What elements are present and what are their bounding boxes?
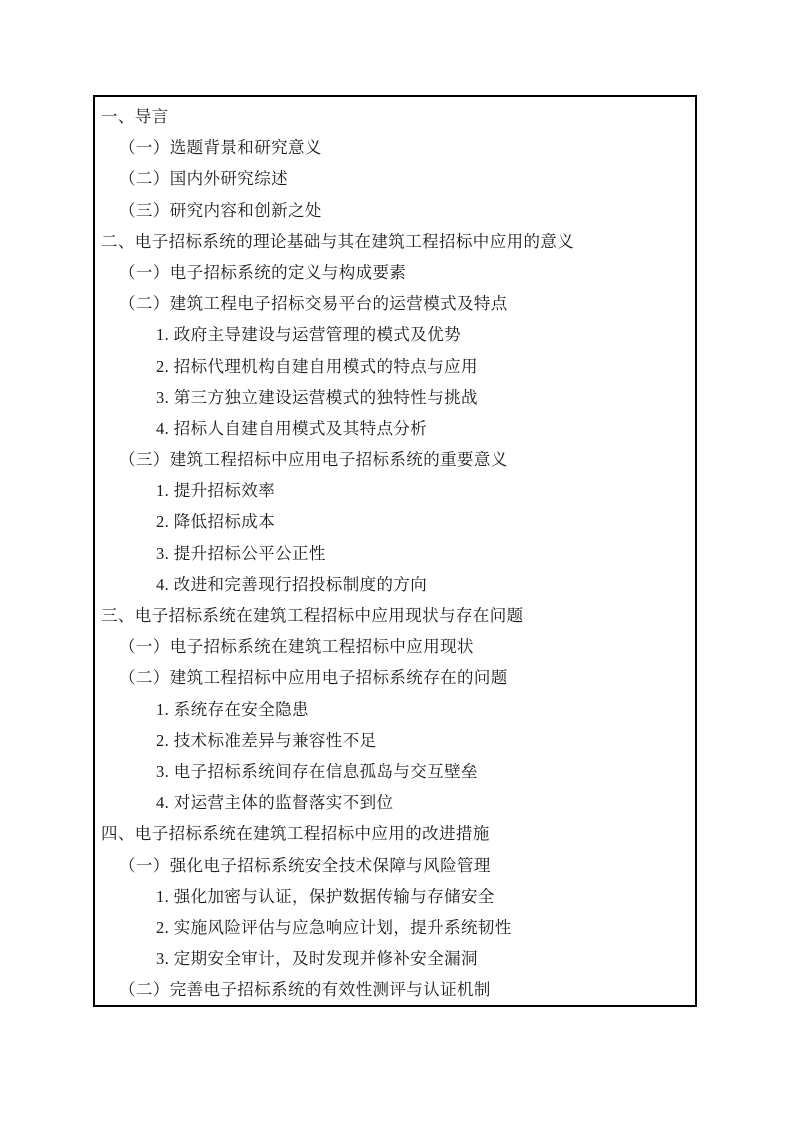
outline-item: （二）建筑工程招标中应用电子招标系统存在的问题 — [95, 662, 695, 693]
outline-item: 四、电子招标系统在建筑工程招标中应用的改进措施 — [95, 818, 695, 849]
outline-item: 一、导言 — [95, 101, 695, 132]
outline-item: 4. 改进和完善现行招投标制度的方向 — [95, 569, 695, 600]
outline-item: （一）电子招标系统在建筑工程招标中应用现状 — [95, 631, 695, 662]
outline-item: 2. 招标代理机构自建自用模式的特点与应用 — [95, 351, 695, 382]
outline-item: （二）完善电子招标系统的有效性测评与认证机制 — [95, 974, 695, 1005]
outline-item: 三、电子招标系统在建筑工程招标中应用现状与存在问题 — [95, 600, 695, 631]
outline-item: （三）建筑工程招标中应用电子招标系统的重要意义 — [95, 444, 695, 475]
outline-item: （一）选题背景和研究意义 — [95, 132, 695, 163]
outline-item: （三）研究内容和创新之处 — [95, 195, 695, 226]
outline-item: 二、电子招标系统的理论基础与其在建筑工程招标中应用的意义 — [95, 226, 695, 257]
outline-item: 1. 强化加密与认证，保护数据传输与存储安全 — [95, 881, 695, 912]
outline-item: 3. 定期安全审计，及时发现并修补安全漏洞 — [95, 943, 695, 974]
outline-item: （二）建筑工程电子招标交易平台的运营模式及特点 — [95, 288, 695, 319]
outline-item: （一）电子招标系统的定义与构成要素 — [95, 257, 695, 288]
outline-item: 1. 系统存在安全隐患 — [95, 694, 695, 725]
outline-item: （一）强化电子招标系统安全技术保障与风险管理 — [95, 850, 695, 881]
outline-item: 4. 对运营主体的监督落实不到位 — [95, 787, 695, 818]
outline-item: 3. 电子招标系统间存在信息孤岛与交互壁垒 — [95, 756, 695, 787]
outline-item: 1. 提升招标效率 — [95, 475, 695, 506]
outline-border-box: 一、导言（一）选题背景和研究意义（二）国内外研究综述（三）研究内容和创新之处二、… — [93, 95, 697, 1007]
document-page: 一、导言（一）选题背景和研究意义（二）国内外研究综述（三）研究内容和创新之处二、… — [0, 0, 793, 1122]
outline-item: 2. 技术标准差异与兼容性不足 — [95, 725, 695, 756]
outline-list: 一、导言（一）选题背景和研究意义（二）国内外研究综述（三）研究内容和创新之处二、… — [95, 101, 695, 1005]
outline-item: 3. 第三方独立建设运营模式的独特性与挑战 — [95, 382, 695, 413]
outline-item: 2. 降低招标成本 — [95, 506, 695, 537]
outline-item: 3. 提升招标公平公正性 — [95, 538, 695, 569]
outline-item: 1. 政府主导建设与运营管理的模式及优势 — [95, 319, 695, 350]
outline-item: 4. 招标人自建自用模式及其特点分析 — [95, 413, 695, 444]
outline-item: 2. 实施风险评估与应急响应计划，提升系统韧性 — [95, 912, 695, 943]
outline-item: （二）国内外研究综述 — [95, 163, 695, 194]
